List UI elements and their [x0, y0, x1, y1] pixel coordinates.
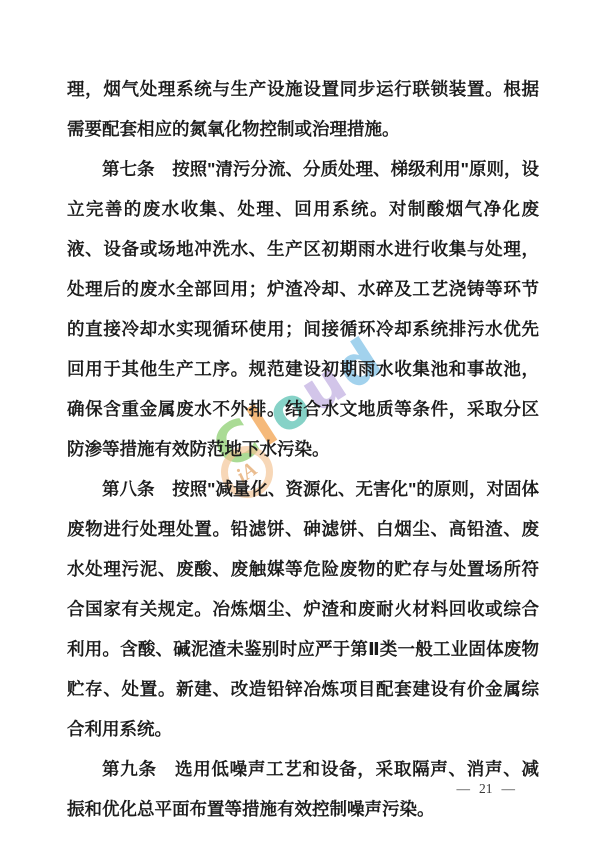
- page-number: 21: [479, 781, 493, 797]
- footer-dash: —: [457, 781, 471, 797]
- paragraph-article-8: 第八条 按照"减量化、资源化、无害化"的原则，对固体废物进行处理处置。铅滤饼、砷…: [67, 469, 539, 749]
- page-footer: — 21 —: [457, 781, 516, 797]
- paragraph: 理，烟气处理系统与生产设施设置同步运行联锁装置。根据需要配套相应的氮氧化物控制或…: [67, 69, 539, 149]
- paragraph-article-7: 第七条 按照"清污分流、分质处理、梯级利用"原则，设立完善的废水收集、处理、回用…: [67, 149, 539, 469]
- document-body-text: 理，烟气处理系统与生产设施设置同步运行联锁装置。根据需要配套相应的氮氧化物控制或…: [67, 69, 539, 829]
- document-page: Cloud iA 理，烟气处理系统与生产设施设置同步运行联锁装置。根据需要配套相…: [0, 0, 595, 841]
- footer-dash: —: [502, 781, 516, 797]
